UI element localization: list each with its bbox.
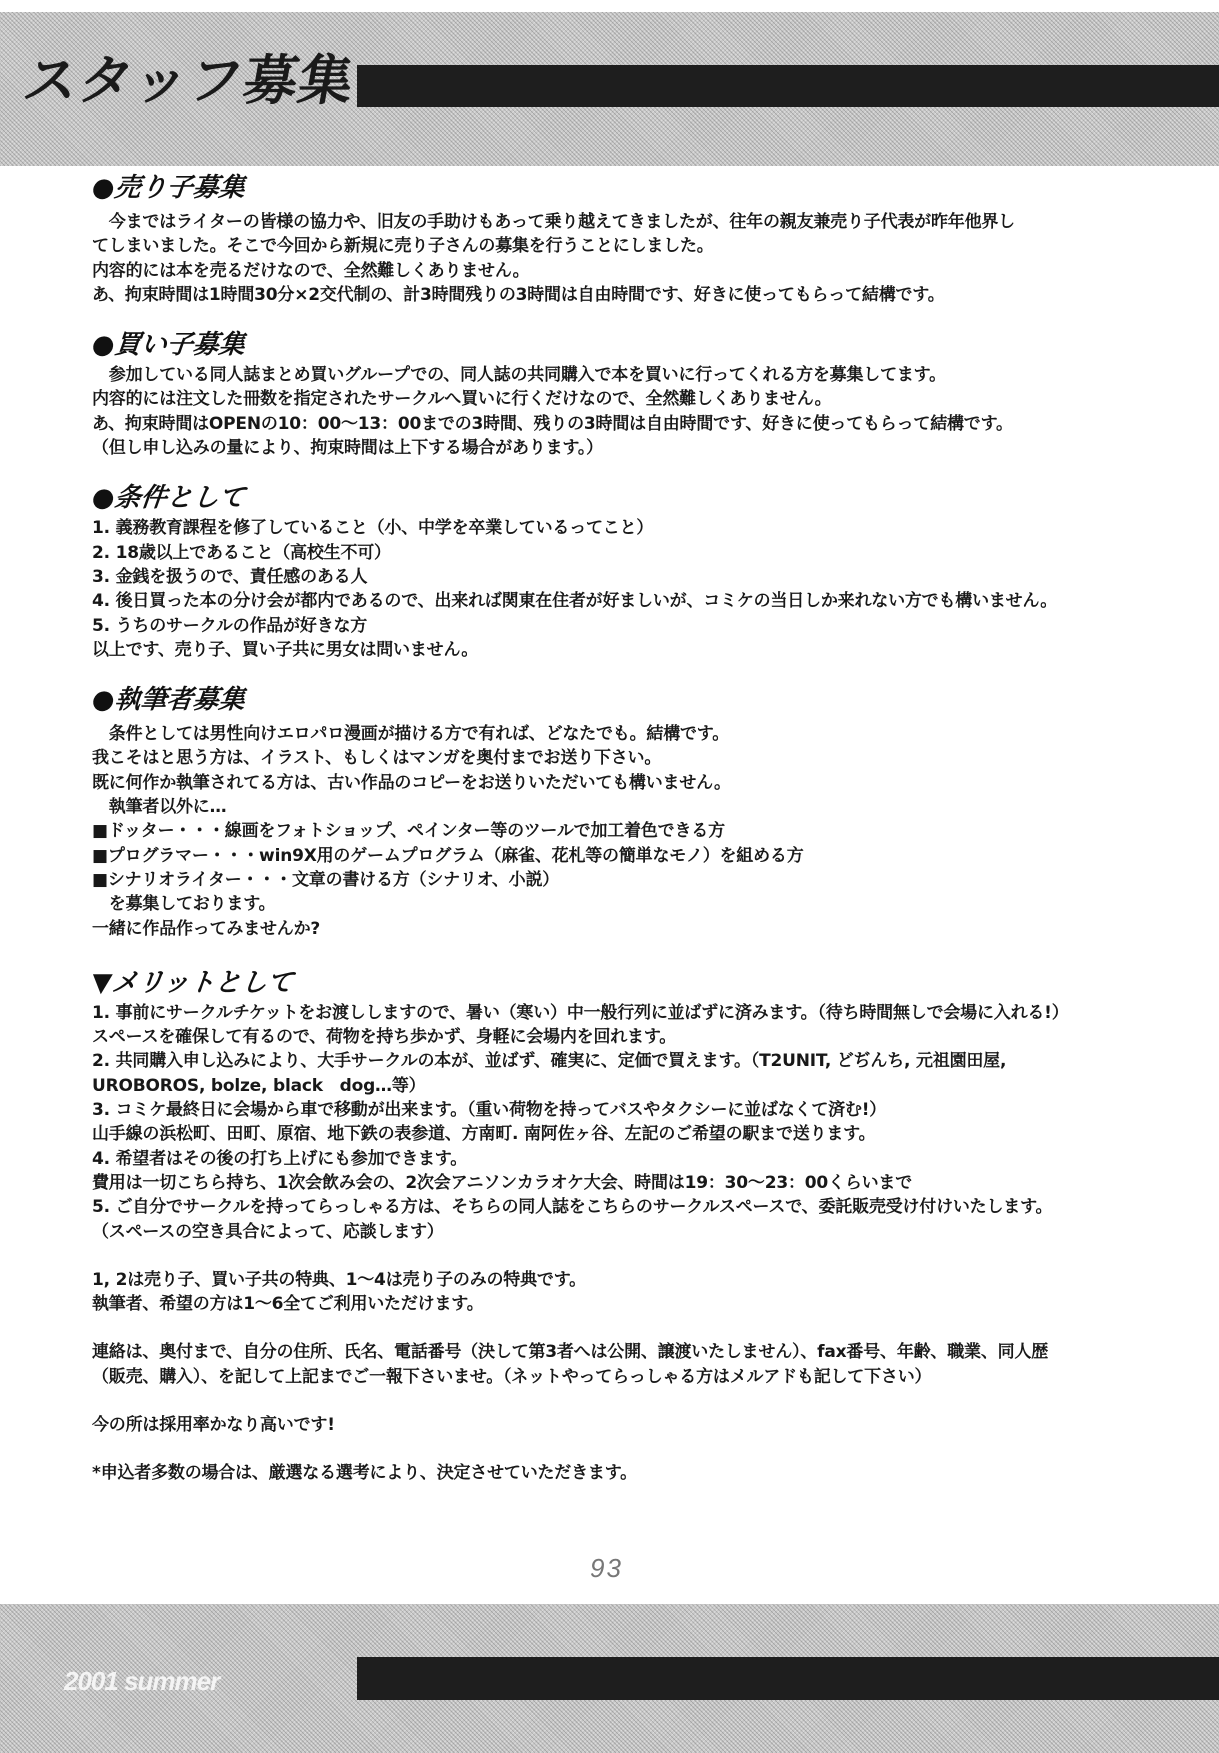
section-heading: ●執筆者募集 (90, 682, 1194, 718)
text-line: 一緒に作品作ってみませんか? (92, 917, 1192, 941)
text-line: UROBOROS, bolze, black dog…等） (92, 1074, 1192, 1098)
text-line: 以上です、売り子、買い子共に男女は問いません。 (92, 638, 1192, 662)
condition-item: 4. 後日買った本の分け会が都内であるので、出来れば関東在住者が好ましいが、コミ… (92, 589, 1192, 613)
text-line: 内容的には注文した冊数を指定されたサークルへ買いに行くだけなので、全然難しくあり… (92, 387, 1192, 411)
merit-item: 5. ご自分でサークルを持ってらっしゃる方は、そちらの同人誌をこちらのサークルス… (92, 1195, 1192, 1219)
text-line: 参加している同人誌まとめ買いグループでの、同人誌の共同購入で本を買いに行ってくれ… (92, 363, 1192, 387)
role-item: ■プログラマー・・・win9X用のゲームプログラム（麻雀、花札等の簡単なモノ）を… (92, 844, 1192, 868)
section-heading: ●条件として (90, 480, 1194, 516)
contact-note: 連絡は、奥付まで、自分の住所、氏名、電話番号（決して第3者へは公開、譲渡いたしま… (92, 1340, 1192, 1389)
acceptance-note: 今の所は採用率かなり高いです! (92, 1413, 1192, 1437)
text-line: あ、拘束時間は1時間30分×2交代制の、計3時間残りの3時間は自由時間です、好き… (92, 283, 1192, 307)
merit-item: 1. 事前にサークルチケットをお渡ししますので、暑い（寒い）中一般行列に並ばずに… (92, 1001, 1192, 1025)
text-line: あ、拘束時間はOPENの10：00～13：00までの3時間、残りの3時間は自由時… (92, 412, 1192, 436)
text-line: てしまいました。そこで今回から新規に売り子さんの募集を行うことにしました。 (92, 234, 1192, 258)
condition-item: 2. 18歳以上であること（高校生不可） (92, 541, 1192, 565)
role-item: ■シナリオライター・・・文章の書ける方（シナリオ、小説） (92, 868, 1192, 892)
benefits-scope-note: 1, 2は売り子、買い子共の特典、1～4は売り子のみの特典です。 執筆者、希望の… (92, 1268, 1192, 1317)
section-sales-staff: ●売り子募集 今まではライターの皆様の協力や、旧友の手助けもあって乗り越えてきま… (92, 170, 1192, 307)
text-line: 費用は一切こちら持ち、1次会飲み会の、2次会アニソンカラオケ大会、時間は19：3… (92, 1171, 1192, 1195)
footer-band: 2001 summer (0, 1604, 1219, 1753)
text-line: 1, 2は売り子、買い子共の特典、1～4は売り子のみの特典です。 (92, 1268, 1192, 1292)
section-heading: ●売り子募集 (90, 170, 1194, 206)
text-line: 山手線の浜松町、田町、原宿、地下鉄の表参道、方南町. 南阿佐ヶ谷、左記のご希望の… (92, 1122, 1192, 1146)
section-writer-staff: ●執筆者募集 条件としては男性向けエロパロ漫画が描ける方で有れば、どなたでも。結… (92, 682, 1192, 941)
section-heading: ▼メリットとして (90, 965, 1194, 1001)
merit-item: 4. 希望者はその後の打ち上げにも参加できます。 (92, 1147, 1192, 1171)
page-title: スタッフ募集 (19, 54, 359, 108)
section-merits: ▼メリットとして 1. 事前にサークルチケットをお渡ししますので、暑い（寒い）中… (92, 965, 1192, 1244)
merit-item: 2. 共同購入申し込みにより、大手サークルの本が、並ばず、確実に、定価で買えます… (92, 1049, 1192, 1073)
text-line: 既に何作か執筆されてる方は、古い作品のコピーをお送りいただいても構いません。 (92, 771, 1192, 795)
page-number: 93 (590, 1553, 623, 1584)
header-band: スタッフ募集 (0, 12, 1219, 166)
issue-label: 2001 summer (64, 1666, 219, 1697)
text-line: 執筆者、希望の方は1～6全てご利用いただけます。 (92, 1292, 1192, 1316)
text-line: 連絡は、奥付まで、自分の住所、氏名、電話番号（決して第3者へは公開、譲渡いたしま… (92, 1340, 1192, 1364)
text-line: 我こそはと思う方は、イラスト、もしくはマンガを奥付までお送り下さい。 (92, 746, 1192, 770)
text-line: を募集しております。 (92, 892, 1192, 916)
text-line: 条件としては男性向けエロパロ漫画が描ける方で有れば、どなたでも。結構です。 (92, 722, 1192, 746)
condition-item: 5. うちのサークルの作品が好きな方 (92, 614, 1192, 638)
text-line: 執筆者以外に… (92, 795, 1192, 819)
text-line: （スペースの空き具合によって、応談します） (92, 1220, 1192, 1244)
text-line: スペースを確保して有るので、荷物を持ち歩かず、身軽に会場内を回れます。 (92, 1025, 1192, 1049)
text-line: 内容的には本を売るだけなので、全然難しくありません。 (92, 259, 1192, 283)
section-buyer-staff: ●買い子募集 参加している同人誌まとめ買いグループでの、同人誌の共同購入で本を買… (92, 327, 1192, 460)
main-content: ●売り子募集 今まではライターの皆様の協力や、旧友の手助けもあって乗り越えてきま… (92, 170, 1192, 1486)
text-line: （販売、購入）、を記して上記までご一報下さいませ。（ネットやってらっしゃる方はメ… (92, 1365, 1192, 1389)
condition-item: 3. 金銭を扱うので、責任感のある人 (92, 565, 1192, 589)
text-line: （但し申し込みの量により、拘束時間は上下する場合があります。） (92, 436, 1192, 460)
section-conditions: ●条件として 1. 義務教育課程を修了していること（小、中学を卒業しているってこ… (92, 480, 1192, 662)
section-heading: ●買い子募集 (90, 327, 1194, 363)
selection-note: *申込者多数の場合は、厳選なる選考により、決定させていただきます。 (92, 1461, 1192, 1485)
merit-item: 3. コミケ最終日に会場から車で移動が出来ます。（重い荷物を持ってバスやタクシー… (92, 1098, 1192, 1122)
condition-item: 1. 義務教育課程を修了していること（小、中学を卒業しているってこと） (92, 516, 1192, 540)
header-bar-decoration (357, 65, 1219, 107)
role-item: ■ドッター・・・線画をフォトショップ、ペインター等のツールで加工着色できる方 (92, 819, 1192, 843)
text-line: 今まではライターの皆様の協力や、旧友の手助けもあって乗り越えてきましたが、往年の… (92, 210, 1192, 234)
footer-bar-decoration (357, 1657, 1219, 1700)
